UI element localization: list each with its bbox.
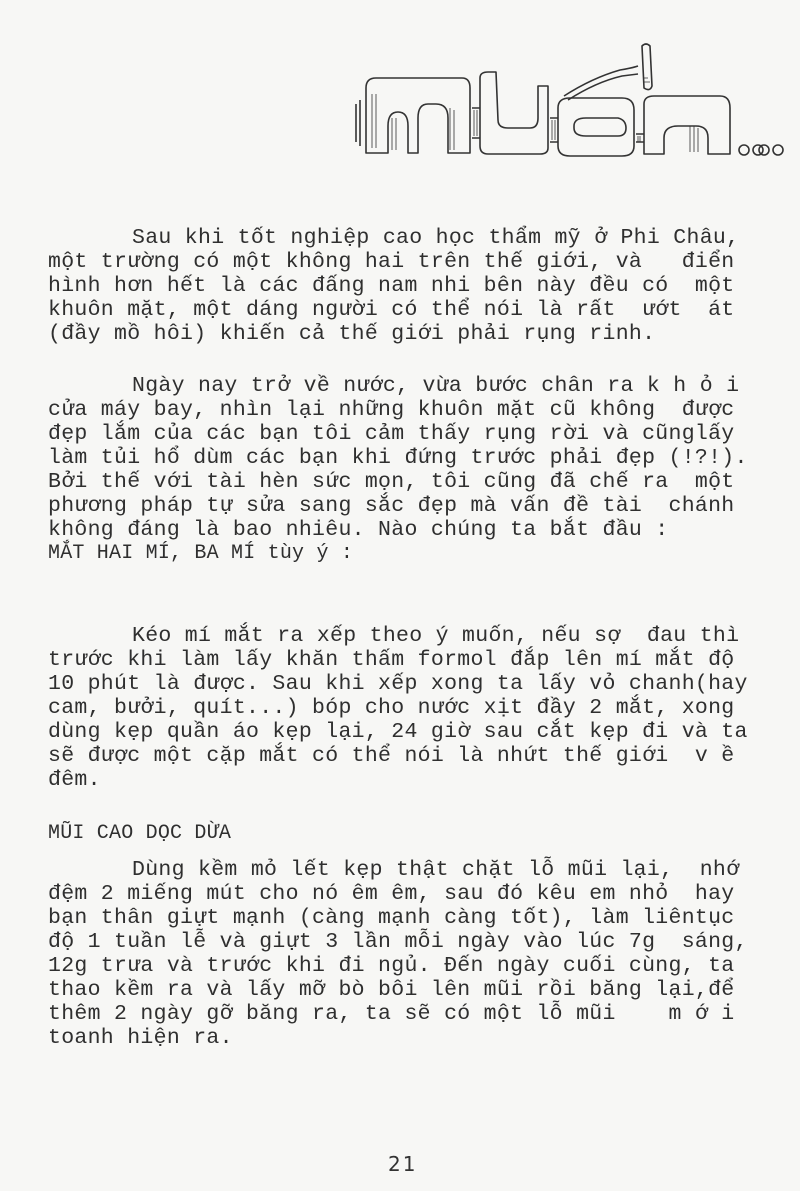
text-line: trước khi làm lấy khăn thấm formol đắp l… — [48, 648, 790, 672]
text-line: hình hơn hết là các đấng nam nhi bên này… — [48, 274, 790, 298]
text-line: Sau khi tốt nghiệp cao học thẩm mỹ ở Phi… — [48, 226, 790, 250]
text-line: thêm 2 ngày gỡ băng ra, ta sẽ có một lỗ … — [48, 1002, 790, 1026]
text-line: phương pháp tự sửa sang sắc đẹp mà vấn đ… — [48, 494, 790, 518]
text-line: khuôn mặt, một dáng người có thể nói là … — [48, 298, 790, 322]
document-page: muốn... — [0, 0, 800, 1191]
text-line: (đầy mồ hôi) khiến cả thế giới phải rụng… — [48, 322, 790, 346]
text-line: bạn thân giựt mạnh (càng mạnh càng tốt),… — [48, 906, 790, 930]
text-line: Dùng kềm mỏ lết kẹp thật chặt lỗ mũi lại… — [48, 858, 790, 882]
section-heading-nose: MŨI CAO DỌC DỪA — [48, 822, 790, 846]
title-lettering-muon-art: muốn... — [352, 38, 792, 163]
text-line: Kéo mí mắt ra xếp theo ý muốn, nếu sợ đa… — [48, 624, 790, 648]
text-line: đêm. — [48, 768, 790, 792]
text-line: đẹp lắm của các bạn tôi cảm thấy rụng rờ… — [48, 422, 790, 446]
text-line: đệm 2 miếng mút cho nó êm êm, sau đó kêu… — [48, 882, 790, 906]
text-line: không đáng là bao nhiêu. Nào chúng ta bắ… — [48, 518, 790, 542]
page-number: 21 — [388, 1152, 417, 1176]
text-line: sẽ được một cặp mắt có thể nói là nhứt t… — [48, 744, 790, 768]
text-line: toanh hiện ra. — [48, 1026, 790, 1050]
section-heading-eyelids: MẮT HAI MÍ, BA MÍ tùy ý : — [48, 542, 790, 566]
section-eyelids-body: Kéo mí mắt ra xếp theo ý muốn, nếu sợ đa… — [48, 624, 790, 792]
text-line: cam, bưởi, quít...) bóp cho nước xịt đầy… — [48, 696, 790, 720]
text-line: Ngày nay trở về nước, vừa bước chân ra k… — [48, 374, 790, 398]
text-line: 12g trưa và trước khi đi ngủ. Đến ngày c… — [48, 954, 790, 978]
text-line: độ 1 tuần lễ và giựt 3 lần mỗi ngày vào … — [48, 930, 790, 954]
text-line: làm tủi hổ dùm các bạn khi đứng trước ph… — [48, 446, 790, 470]
section-nose: MŨI CAO DỌC DỪA — [48, 822, 790, 846]
text-line: Bởi thế với tài hèn sức mọn, tôi cũng đã… — [48, 470, 790, 494]
text-line: cửa máy bay, nhìn lại những khuôn mặt cũ… — [48, 398, 790, 422]
text-line: 10 phút là được. Sau khi xếp xong ta lấy… — [48, 672, 790, 696]
text-line: thao kềm ra và lấy mỡ bò bôi lên mũi rồi… — [48, 978, 790, 1002]
paragraph-return-home: Ngày nay trở về nước, vừa bước chân ra k… — [48, 374, 790, 566]
paragraph-intro: Sau khi tốt nghiệp cao học thẩm mỹ ở Phi… — [48, 226, 790, 346]
text-line: dùng kẹp quần áo kẹp lại, 24 giờ sau cắt… — [48, 720, 790, 744]
text-line: một trường có một không hai trên thế giớ… — [48, 250, 790, 274]
section-nose-body: Dùng kềm mỏ lết kẹp thật chặt lỗ mũi lại… — [48, 858, 790, 1050]
